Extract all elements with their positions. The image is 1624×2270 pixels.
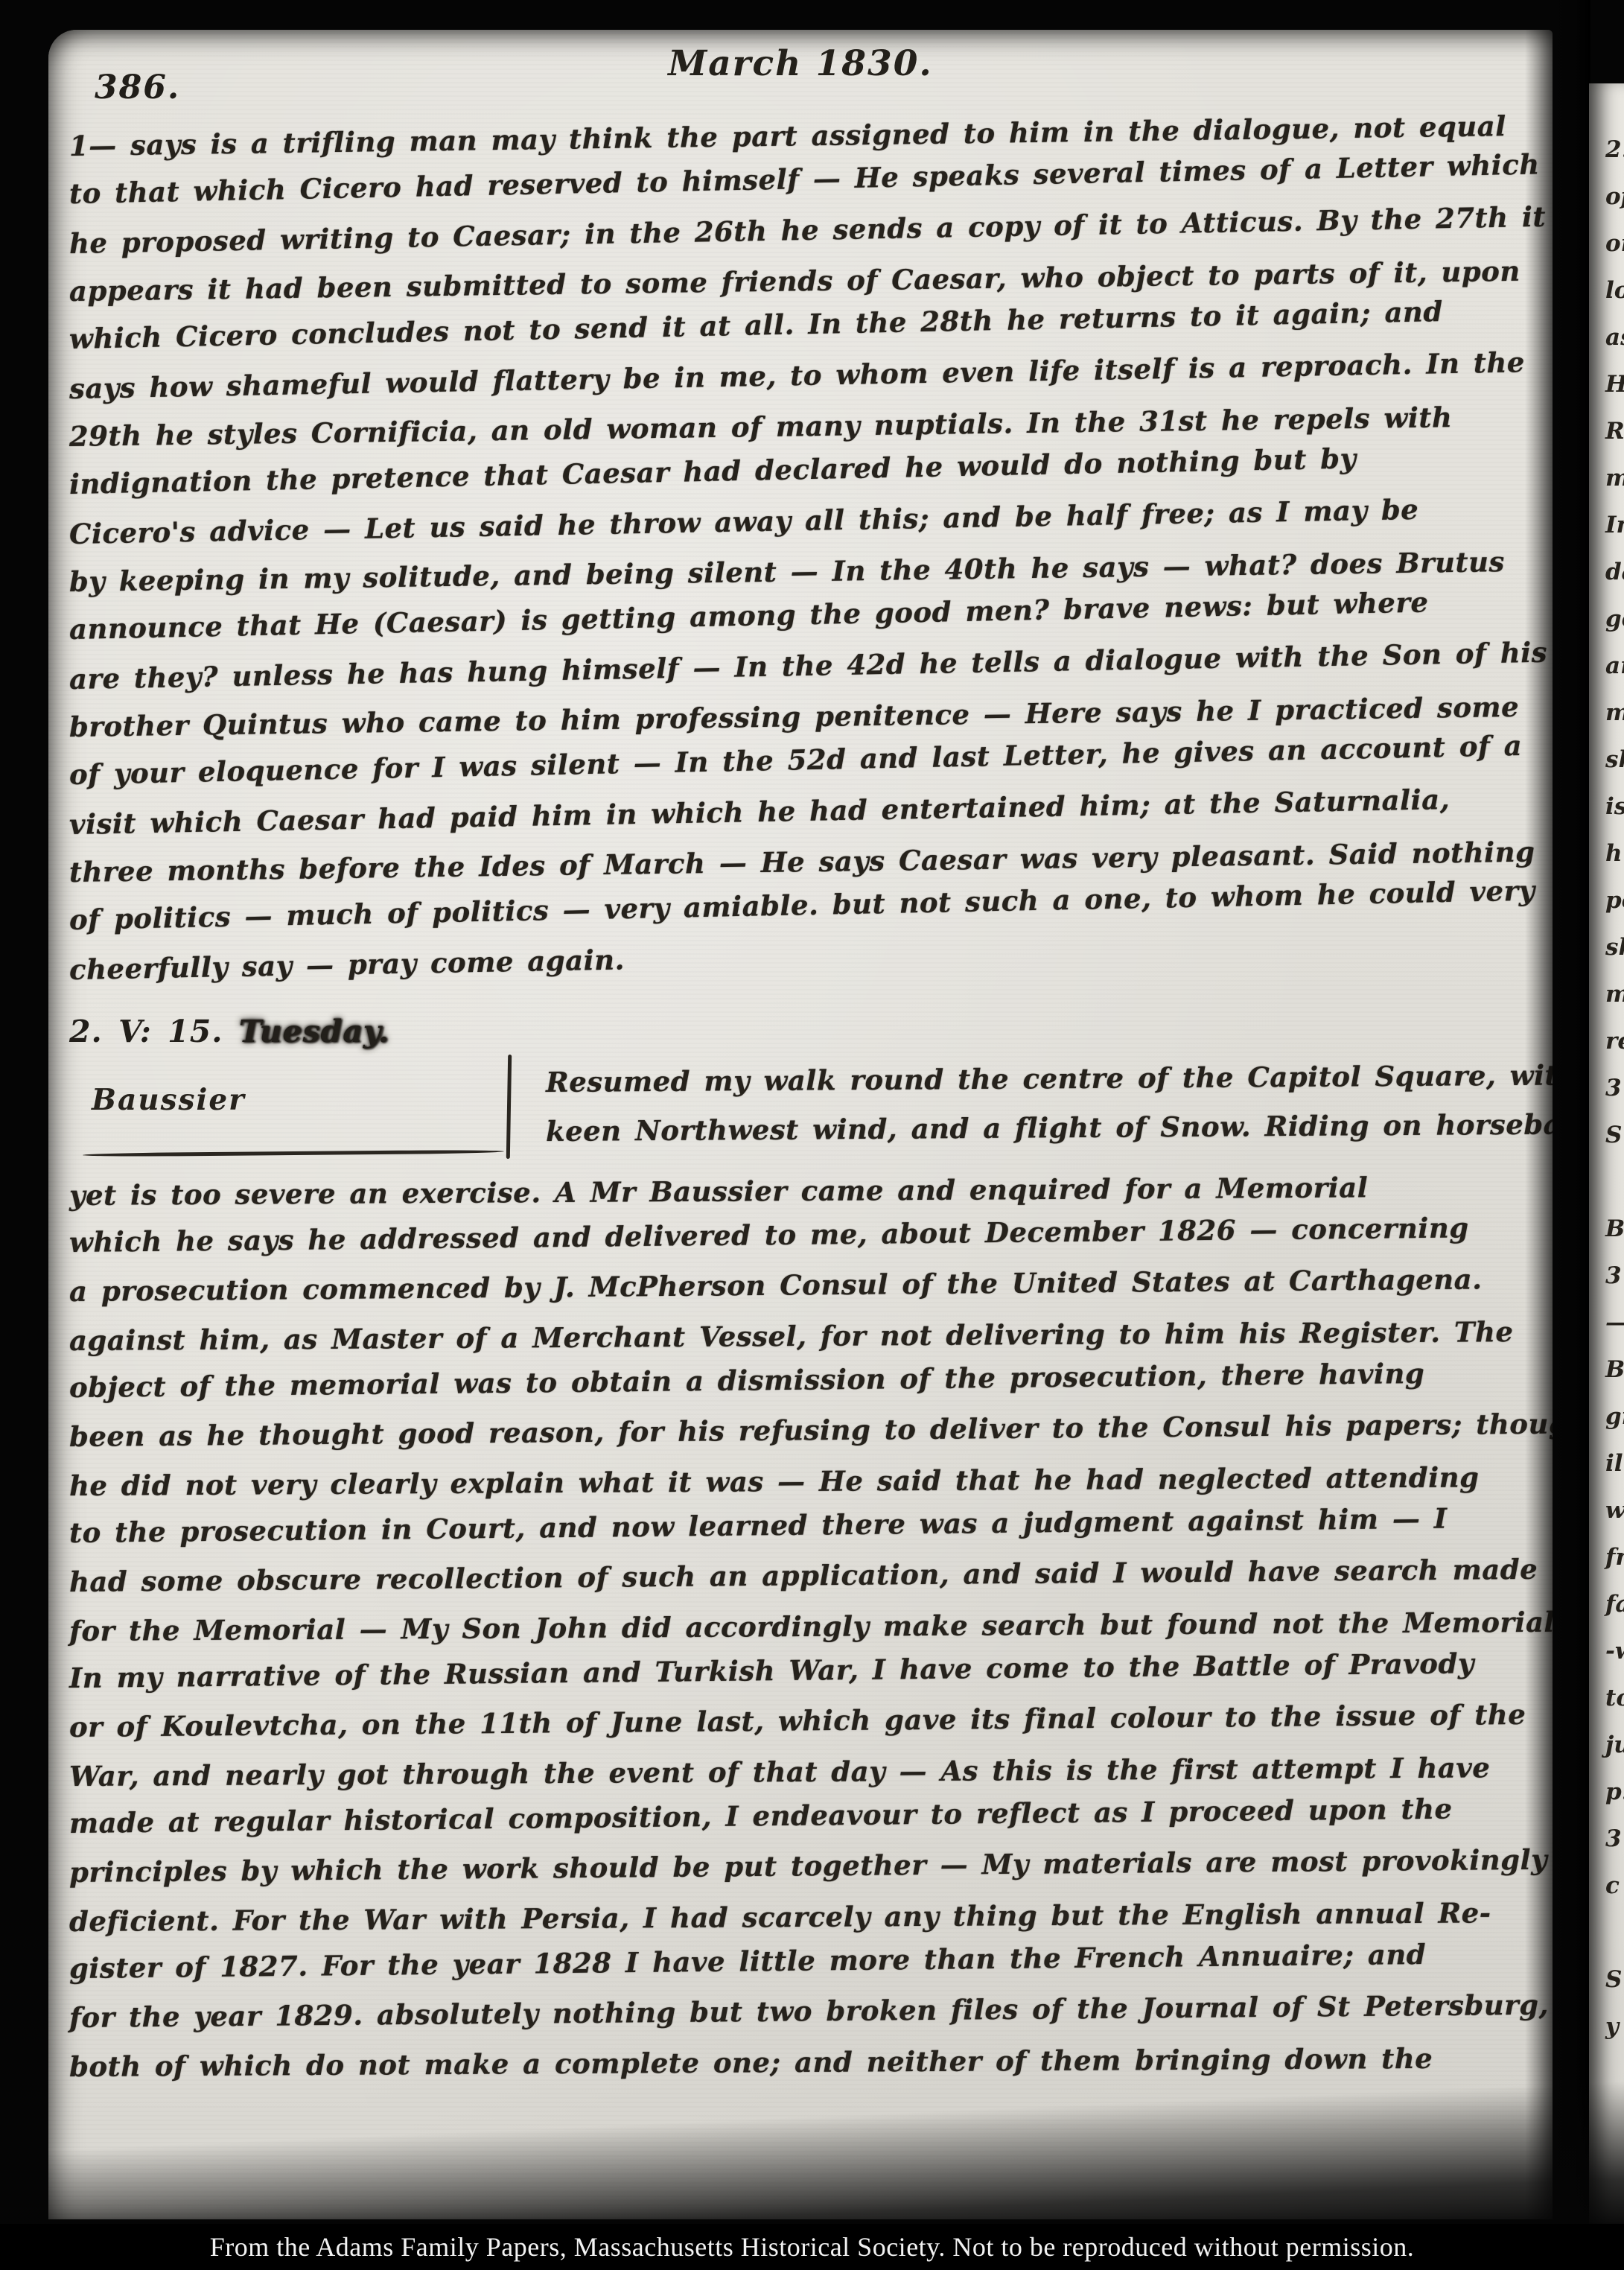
line-fragment: ar [1589, 643, 1624, 690]
line-fragment: m. [1589, 971, 1624, 1018]
line-fragment: w [1589, 1487, 1624, 1534]
line-fragment: ju [1589, 1722, 1624, 1769]
line-fragment: S [1589, 1956, 1624, 2003]
line-fragment: gr [1589, 1393, 1624, 1440]
margin-bracket-vertical [506, 1055, 512, 1159]
line-fragment: re [1589, 1018, 1624, 1065]
manuscript-scan: 386. March 1830. 1— says is a trifling m… [0, 0, 1624, 2270]
line-fragment: Re [1589, 408, 1624, 455]
line-fragment: y [1589, 2003, 1624, 2050]
line-fragment: ge [1589, 596, 1624, 643]
entry-2-opening: Baussier Resumed my walk round the centr… [69, 1058, 1539, 1171]
line-fragment: fa [1589, 1581, 1624, 1628]
margin-bracket-underline [83, 1150, 504, 1157]
line-fragment: S [1589, 1112, 1624, 1159]
line-fragment: to [1589, 1675, 1624, 1722]
line-fragment: — [1589, 1300, 1624, 1347]
line-fragment: as [1589, 314, 1624, 361]
line-fragment: il [1589, 1440, 1624, 1487]
line-fragment: c [1589, 1863, 1624, 1910]
line-fragment: on [1589, 220, 1624, 267]
footer-bar: From the Adams Family Papers, Massachuse… [0, 2224, 1624, 2270]
line-fragment: p. [1589, 1769, 1624, 1816]
line-fragment: da [1589, 549, 1624, 596]
line-fragment: m [1589, 690, 1624, 737]
line-fragment: sh [1589, 924, 1624, 971]
entry-2-dateline: 2. V: 15. Tuesday. [69, 1005, 1539, 1058]
line-fragment [1589, 1159, 1624, 1206]
line-fragment: 3 [1589, 1065, 1624, 1112]
line-fragment: of [1589, 174, 1624, 220]
dateline-number: 2. V: 15. [69, 1014, 223, 1049]
line-fragment: B. [1589, 1206, 1624, 1253]
line-fragment: -w [1589, 1628, 1624, 1675]
line-fragment: In [1589, 502, 1624, 549]
line-fragment: 2. [1589, 127, 1624, 174]
diary-body: 1— says is a trifling man may think the … [48, 30, 1553, 2091]
line-fragment: sh [1589, 737, 1624, 783]
line-fragment: 3 [1589, 1816, 1624, 1863]
manuscript-page: 386. March 1830. 1— says is a trifling m… [48, 30, 1553, 2219]
next-page-line-fragments: 2.ofonloasHaRemIndagearmshish.poshm.re3S… [1589, 83, 1624, 2050]
next-page-sliver: 2.ofonloasHaRemIndagearmshish.poshm.re3S… [1589, 83, 1624, 2243]
line-fragment [1589, 1910, 1624, 1956]
book-gutter-shadow [1525, 0, 1590, 2270]
margin-note: Baussier [92, 1083, 246, 1117]
footer-caption: From the Adams Family Papers, Massachuse… [210, 2231, 1414, 2263]
line-fragment: h. [1589, 830, 1624, 877]
line-fragment: m [1589, 455, 1624, 502]
line-fragment: po [1589, 877, 1624, 924]
line-fragment: 3 [1589, 1253, 1624, 1300]
line-fragment: fr [1589, 1534, 1624, 1581]
entry-1-paragraph: 1— says is a trifling man may think the … [69, 122, 1539, 993]
line-fragment: is [1589, 783, 1624, 830]
line-fragment: lo [1589, 267, 1624, 314]
entry-2-indented-lines: Resumed my walk round the centre of the … [546, 1058, 1553, 1156]
diary-line: keen Northwest wind, and a flight of Sno… [546, 1099, 1553, 1156]
dateline-day: Tuesday. [239, 1014, 389, 1049]
diary-line: Resumed my walk round the centre of the … [546, 1050, 1553, 1107]
line-fragment: Bo [1589, 1347, 1624, 1393]
line-fragment: Ha [1589, 361, 1624, 408]
entry-2-paragraph: yet is too severe an exercise. A Mr Baus… [69, 1171, 1539, 2091]
